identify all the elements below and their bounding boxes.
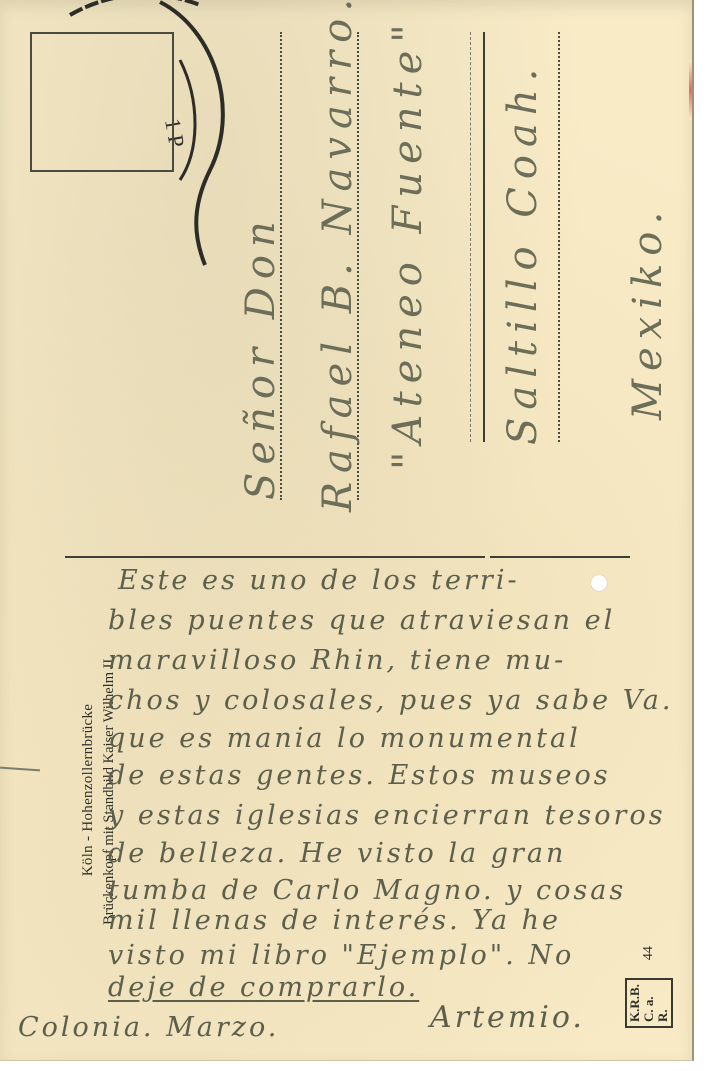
message-line: Este es uno de los terri- — [118, 565, 520, 596]
address-line-4 — [483, 32, 485, 442]
divider-line-left — [65, 556, 485, 558]
address-line-3 — [470, 32, 471, 442]
address-institution: "Ateneo Fuente" — [385, 16, 431, 470]
address-recipient-name: Rafael B. Navarro. — [315, 0, 361, 512]
stamp-box — [30, 32, 174, 172]
address-city: Saltillo Coah. — [500, 61, 546, 445]
message-line: bles puentes que atraviesan el — [108, 605, 615, 636]
address-country: Mexiko. — [625, 204, 671, 420]
message-line: de belleza. He visto la gran — [108, 838, 566, 869]
red-edge-mark — [689, 60, 692, 120]
publisher-mark: K.R.B. C. a. R. 44 — [625, 946, 673, 1028]
ink-smudge — [0, 767, 40, 772]
message-line: que es mania lo monumental — [108, 723, 581, 754]
punch-hole — [591, 575, 607, 591]
publisher-line-1: K.R.B. — [628, 984, 642, 1022]
message-line: maravilloso Rhin, tiene mu- — [108, 645, 566, 676]
message-line: mil llenas de interés. Ya he — [108, 905, 561, 936]
postcard-back: 1 P Señor Don Rafael B. Navarro. "Ateneo… — [0, 0, 694, 1061]
publisher-line-2: C. a. R. — [642, 984, 670, 1022]
message-line: y estas iglesias encierran tesoros — [108, 800, 666, 831]
signature: Artemio. — [430, 1000, 585, 1035]
publisher-logo-box: K.R.B. C. a. R. — [625, 978, 673, 1028]
address-salutation: Señor Don — [238, 213, 284, 500]
message-line: tumba de Carlo Magno. y cosas — [108, 875, 626, 906]
caption-title: Köln - Hohenzollernbrücke — [80, 580, 97, 1000]
message-line: chos y colosales, pues ya sabe Va. — [108, 685, 673, 716]
message-line: visto mi libro "Ejemplo". No — [108, 940, 574, 971]
divider-line-right — [490, 556, 630, 558]
address-line-5 — [558, 32, 560, 442]
card-number: 44 — [641, 946, 657, 960]
message-line-underlined: deje de comprarlo. — [108, 972, 419, 1003]
place-date: Colonia. Marzo. — [18, 1012, 279, 1043]
message-line: de estas gentes. Estos museos — [108, 760, 611, 791]
